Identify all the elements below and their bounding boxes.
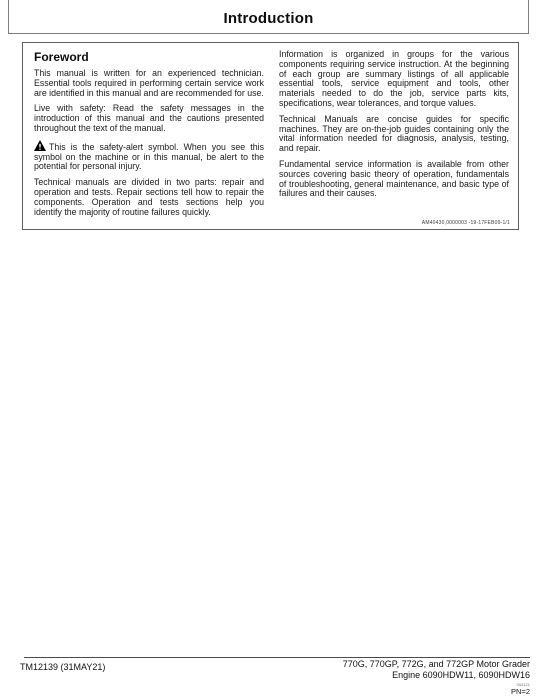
paragraph-two-parts: Technical manuals are divided in two par… (34, 178, 264, 217)
footer-right-block: 770G, 770GP, 772G, and 772GP Motor Grade… (343, 659, 530, 696)
page-title: Introduction (224, 6, 314, 27)
model-line-2: Engine 6090HDW11, 6090HDW16 (343, 670, 530, 681)
paragraph-information-groups: Information is organized in groups for t… (279, 50, 509, 109)
paragraph-technician: This manual is written for an experience… (34, 69, 264, 98)
manual-page: Introduction Foreword This manual is wri… (0, 0, 541, 700)
two-column-layout: Foreword This manual is written for an e… (34, 50, 509, 217)
print-code: 053121 (343, 682, 530, 687)
paragraph-concise-guides: Technical Manuals are concise guides for… (279, 115, 509, 154)
manual-number: TM12139 (31MAY21) (20, 659, 105, 672)
safety-alert-text: This is the safety-alert symbol. When yo… (34, 142, 264, 172)
foreword-section: Foreword This manual is written for an e… (22, 42, 519, 230)
safety-alert-icon (34, 140, 46, 151)
right-column: Information is organized in groups for t… (279, 50, 509, 217)
page-title-banner: Introduction (8, 0, 529, 34)
footer-divider (24, 657, 530, 658)
page-footer: TM12139 (31MAY21) 770G, 770GP, 772G, and… (20, 659, 530, 696)
paragraph-safety-alert: This is the safety-alert symbol. When yo… (34, 140, 264, 172)
paragraph-live-with-safety: Live with safety: Read the safety messag… (34, 104, 264, 133)
left-column: Foreword This manual is written for an e… (34, 50, 264, 217)
model-line-1: 770G, 770GP, 772G, and 772GP Motor Grade… (343, 659, 530, 670)
page-number: PN=2 (343, 688, 530, 696)
form-code: AM40430,0000003 -19-17FEB09-1/1 (422, 220, 510, 226)
paragraph-fundamental-service: Fundamental service information is avail… (279, 160, 509, 199)
foreword-heading: Foreword (34, 50, 264, 64)
